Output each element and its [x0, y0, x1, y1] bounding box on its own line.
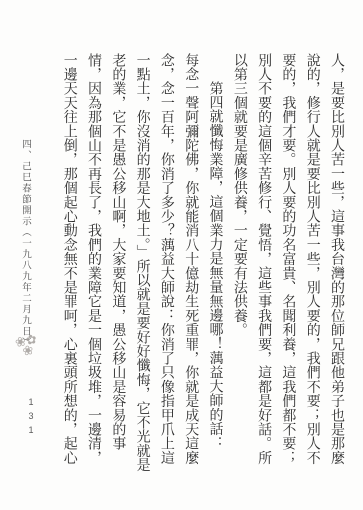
flower-stamp-icon: ❀✿ ❀ — [7, 332, 46, 359]
text-column: 念，念一百年，你消了多少？蕅益大師說：你消了只像指甲爪上這 — [154, 53, 178, 477]
text-column: 別人不要的這個辛苦修行、覺悟，這些事我們要，這都是好話。所 — [251, 53, 275, 477]
text-column: 人，是要比別人苦一些，這事我台灣的那位師兄跟他弟子也是那麼 — [324, 53, 348, 477]
text-column: 要的，我們才要。別人要的功名富貴、名聞利養，這我們都不要； — [275, 53, 299, 477]
page-number: 131 — [26, 397, 36, 439]
text-column: 一邊天天往上倒，那個起心動念無不是罪呵，心裏頭所想的，起心 — [56, 53, 80, 477]
book-page: 人，是要比別人苦一些，這事我台灣的那位師兄跟他弟子也是那麼說的，修行人就是要比別… — [0, 0, 363, 510]
text-column: 以第三個就要是廣修供養，一定要有法供養。 — [227, 53, 251, 477]
text-column: 老的業，它不是愚公移山啊，大家要知道，愚公移山是容易的事 — [105, 53, 129, 477]
text-column: 每念一聲阿彌陀佛，你就能消八十億劫生死重罪，你就是成天這麼 — [178, 53, 202, 477]
text-column: 一點土，你沒消的那是大地土。」所以就是要好好懺悔，它不光就是 — [129, 53, 153, 477]
text-column: 情，因為那個山不再長了，我們的業障它是一個垃圾堆，一邊清， — [81, 53, 105, 477]
text-column: 第四就懺悔業障，這個業力是無量無邊哪！蕅益大師的話： — [202, 53, 226, 477]
chapter-running-title: 四、己巳春節開示（一九八九年二月九日） — [18, 139, 32, 348]
text-column: 說的，修行人就是要比別人苦一些，別人要的，我們不要；別人不 — [299, 53, 323, 477]
body-text: 人，是要比別人苦一些，這事我台灣的那位師兄跟他弟子也是那麼說的，修行人就是要比別… — [56, 53, 348, 477]
